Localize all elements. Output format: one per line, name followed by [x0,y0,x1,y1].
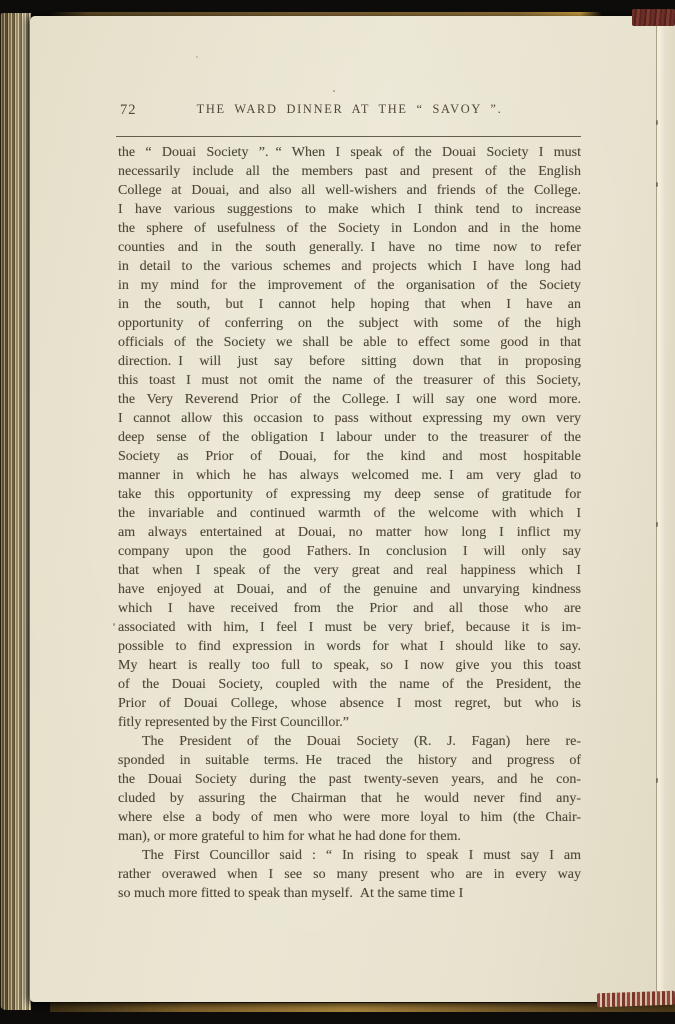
text-line: Society as Prior of Douai, for the kind … [118,447,581,466]
text-line: manner in which he has always welcomed m… [118,466,581,485]
text-line: in my mind for the improvement of the or… [118,276,581,295]
text-line: I have various suggestions to make which… [118,200,581,219]
text-line: this toast I must not omit the name of t… [118,371,581,390]
text-line: the Douai Society during the past twenty… [118,770,581,789]
headband-bottom-right [597,991,675,1008]
page-stack-fore-edges [0,13,31,1010]
text-line: am always entertained at Douai, no matte… [118,523,581,542]
text-line: in detail to the various schemes and pro… [118,257,581,276]
text-line: rather overawed when I see so many prese… [118,865,581,884]
crease-mark [656,120,658,125]
text-line: deep sense of the obligation I labour un… [118,428,581,447]
page-body: the “ Douai Society ”. “ When I speak of… [118,143,581,903]
crease-mark [656,778,658,783]
text-line: which I have received from the Prior and… [118,599,581,618]
book-board-edge-bottom [50,1002,675,1012]
text-line: the “ Douai Society ”. “ When I speak of… [118,143,581,162]
text-line: of the Douai Society, coupled with the n… [118,675,581,694]
paper-speck [113,623,115,626]
text-line: officials of the Society we shall be abl… [118,333,581,352]
text-line: man), or more grateful to him for what h… [118,827,581,846]
page-number: 72 [120,102,137,119]
text-line: where else a body of men who were more l… [118,808,581,827]
text-line: possible to find expression in words for… [118,637,581,656]
text-line: opportunity of conferring on the subject… [118,314,581,333]
scanned-book-photo: 72 THE WARD DINNER AT THE “ SAVOY ”. the… [0,0,675,1024]
text-line: sponded in suitable terms. He traced the… [118,751,581,770]
text-line: fitly represented by the First Councillo… [118,713,581,732]
text-line: have enjoyed at Douai, and of the genuin… [118,580,581,599]
text-line: necessarily include all the members past… [118,162,581,181]
text-line: the sphere of usefulness of the Society … [118,219,581,238]
paper-speck [196,56,198,58]
text-line: the invariable and continued warmth of t… [118,504,581,523]
text-line: company upon the good Fathers. In conclu… [118,542,581,561]
text-line: the Very Reverend Prior of the College. … [118,390,581,409]
page-header-row: 72 THE WARD DINNER AT THE “ SAVOY ”. [118,102,581,122]
text-line: cluded by assuring the Chairman that he … [118,789,581,808]
text-line: that when I speak of the very great and … [118,561,581,580]
page-fore-edge-right [656,20,675,1002]
text-line: My heart is really too full to speak, so… [118,656,581,675]
text-line: associated with him, I feel I must be ve… [118,618,581,637]
text-line: take this opportunity of expressing my d… [118,485,581,504]
running-header: THE WARD DINNER AT THE “ SAVOY ”. [118,102,581,117]
text-line: The First Councillor said : “ In rising … [118,846,581,865]
text-line: direction. I will just say before sittin… [118,352,581,371]
paper-speck [333,90,335,92]
text-line: College at Douai, and also all well-wish… [118,181,581,200]
header-rule [116,136,581,137]
text-line: in the south, but I cannot help hoping t… [118,295,581,314]
text-line: I cannot allow this occasion to pass wit… [118,409,581,428]
text-line: Prior of Douai College, whose absence I … [118,694,581,713]
text-line: The President of the Douai Society (R. J… [118,732,581,751]
text-line: counties and in the south generally. I h… [118,238,581,257]
crease-mark [656,522,658,527]
crease-mark [656,182,658,187]
headband-top-right [632,9,675,26]
book-page: 72 THE WARD DINNER AT THE “ SAVOY ”. the… [30,16,675,1002]
text-line: so much more fitted to speak than myself… [118,884,581,903]
